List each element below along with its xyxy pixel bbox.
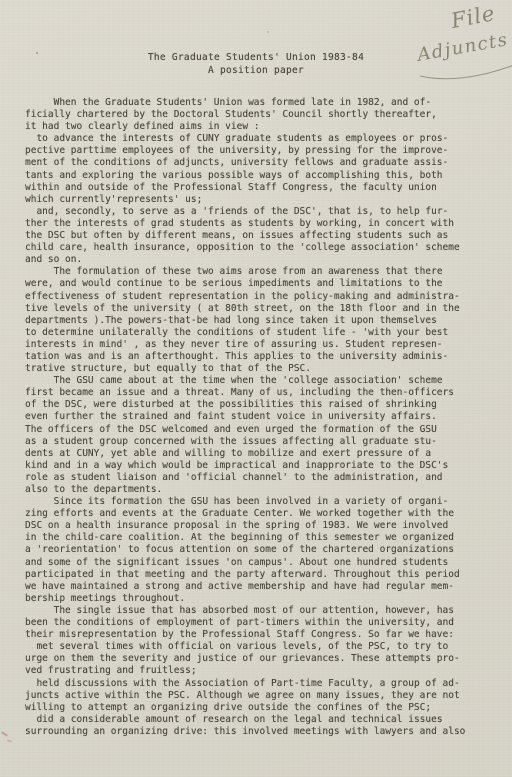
paragraph-held-discussions: held discussions with the Association of… bbox=[25, 678, 497, 714]
paragraph-aim-one: to advance the interests of CUNY graduat… bbox=[25, 133, 497, 206]
pink-ink-mark bbox=[1, 731, 8, 736]
paragraph-met-officials: met several times with official on vario… bbox=[25, 641, 497, 677]
paper-speck bbox=[267, 31, 269, 33]
paragraph-single-issue: The single issue that has absorbed most … bbox=[25, 605, 497, 641]
paragraph-intro: When the Graduate Students' Union was fo… bbox=[25, 97, 497, 133]
title-line-2: A position paper bbox=[26, 64, 486, 77]
paragraph-did-research: did a considerable amount of research on… bbox=[25, 714, 497, 738]
handwritten-file-note: File bbox=[449, 1, 497, 33]
paragraph-aim-two: and, secondly, to serve as a 'friends of… bbox=[25, 206, 497, 266]
title-line-1: The Graduate Students' Union 1983-84 bbox=[26, 51, 486, 64]
document-title: The Graduate Students' Union 1983-84 A p… bbox=[26, 51, 486, 77]
paragraph-gsu-activities: Since its formation the GSU has been inv… bbox=[25, 496, 497, 605]
paragraph-formulation: The formulation of these two aims arose … bbox=[25, 266, 497, 375]
paper-speck bbox=[36, 52, 38, 54]
pink-ink-mark bbox=[7, 739, 12, 742]
scanned-document-page: File Adjuncts The Graduate Students' Uni… bbox=[0, 0, 512, 777]
paragraph-gsu-origin: The GSU came about at the time when the … bbox=[25, 375, 497, 496]
document-body: When the Graduate Students' Union was fo… bbox=[25, 97, 497, 738]
